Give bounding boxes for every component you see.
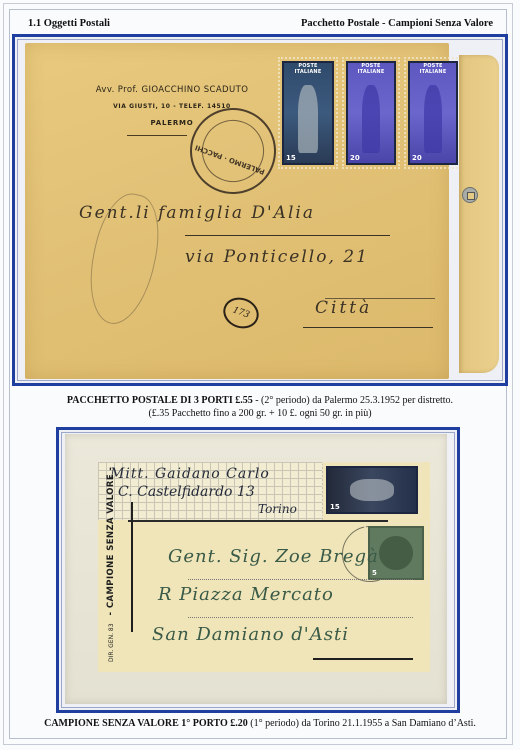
envelope-flap bbox=[459, 55, 499, 373]
washer-fastener-icon bbox=[462, 187, 478, 203]
recipient-line-2: via Ponticello, 21 bbox=[185, 247, 369, 267]
caption-item-1: PACCHETTO POSTALE DI 3 PORTI £.55 - (2° … bbox=[0, 394, 520, 407]
oval-handstamp: 173 bbox=[219, 293, 263, 334]
stamp-figure-icon bbox=[424, 85, 442, 153]
mount-frame-parcel-envelope: Avv. Prof. GIOACCHINO SCADUTO VIA GIUSTI… bbox=[12, 34, 508, 386]
stamp-figure-icon bbox=[350, 479, 394, 501]
sender-line-3: Torino bbox=[258, 502, 297, 516]
coin-head-icon bbox=[379, 536, 412, 570]
caption-item-2: CAMPIONE SENZA VALORE 1° PORTO £.20 (1° … bbox=[0, 717, 520, 730]
underline bbox=[313, 658, 413, 660]
sender-line-1: Mitt. Gaidano Carlo bbox=[110, 466, 270, 482]
stamp-15-lire: POSTE ITALIANE 15 bbox=[278, 57, 338, 169]
underline bbox=[185, 235, 390, 236]
campione-senza-valore-label: DIR. GEN. 83 - CAMPIONE SENZA VALORE - bbox=[106, 502, 116, 662]
stamp-figure-icon bbox=[362, 85, 380, 153]
underline bbox=[303, 327, 433, 328]
mount-frame-sample-wrapper: Mitt. Gaidano Carlo C. Castelfidardo 13 … bbox=[56, 427, 460, 713]
topic-title: Pacchetto Postale - Campioni Senza Valor… bbox=[301, 18, 493, 29]
dotted-line bbox=[188, 579, 413, 580]
section-title: 1.1 Oggetti Postali bbox=[28, 18, 110, 29]
recipient-line-3: San Damiano d'Asti bbox=[152, 624, 349, 645]
caption-item-1-rate: (£.35 Pacchetto fino a 200 gr. + 10 £. o… bbox=[0, 407, 520, 420]
sample-wrapper: Mitt. Gaidano Carlo C. Castelfidardo 13 … bbox=[65, 434, 447, 704]
postmark-cancel: PALERMO · PACCHI bbox=[178, 96, 288, 206]
stamp-20-lire: POSTE ITALIANE 20 bbox=[342, 57, 400, 169]
address-label-card: Mitt. Gaidano Carlo C. Castelfidardo 13 … bbox=[98, 462, 430, 672]
sender-name: Avv. Prof. GIOACCHINO SCADUTO bbox=[77, 85, 267, 95]
recipient-line-1: Gent.li famiglia D'Alia bbox=[79, 203, 315, 223]
recipient-line-2: R Piazza Mercato bbox=[158, 584, 334, 605]
stamp-figure-icon bbox=[298, 85, 317, 153]
recipient-line-1: Gent. Sig. Zoe Bregà bbox=[168, 546, 379, 567]
parcel-envelope: Avv. Prof. GIOACCHINO SCADUTO VIA GIUSTI… bbox=[25, 43, 449, 379]
divider bbox=[128, 520, 388, 522]
dotted-line bbox=[188, 617, 413, 618]
divider bbox=[127, 135, 187, 136]
stamp-20-lire: POSTE ITALIANE 20 bbox=[404, 57, 462, 169]
divider bbox=[131, 502, 133, 632]
stamp-15-lire: 15 bbox=[322, 462, 422, 518]
sender-line-2: C. Castelfidardo 13 bbox=[118, 484, 255, 500]
recipient-line-3: Città bbox=[315, 298, 372, 318]
